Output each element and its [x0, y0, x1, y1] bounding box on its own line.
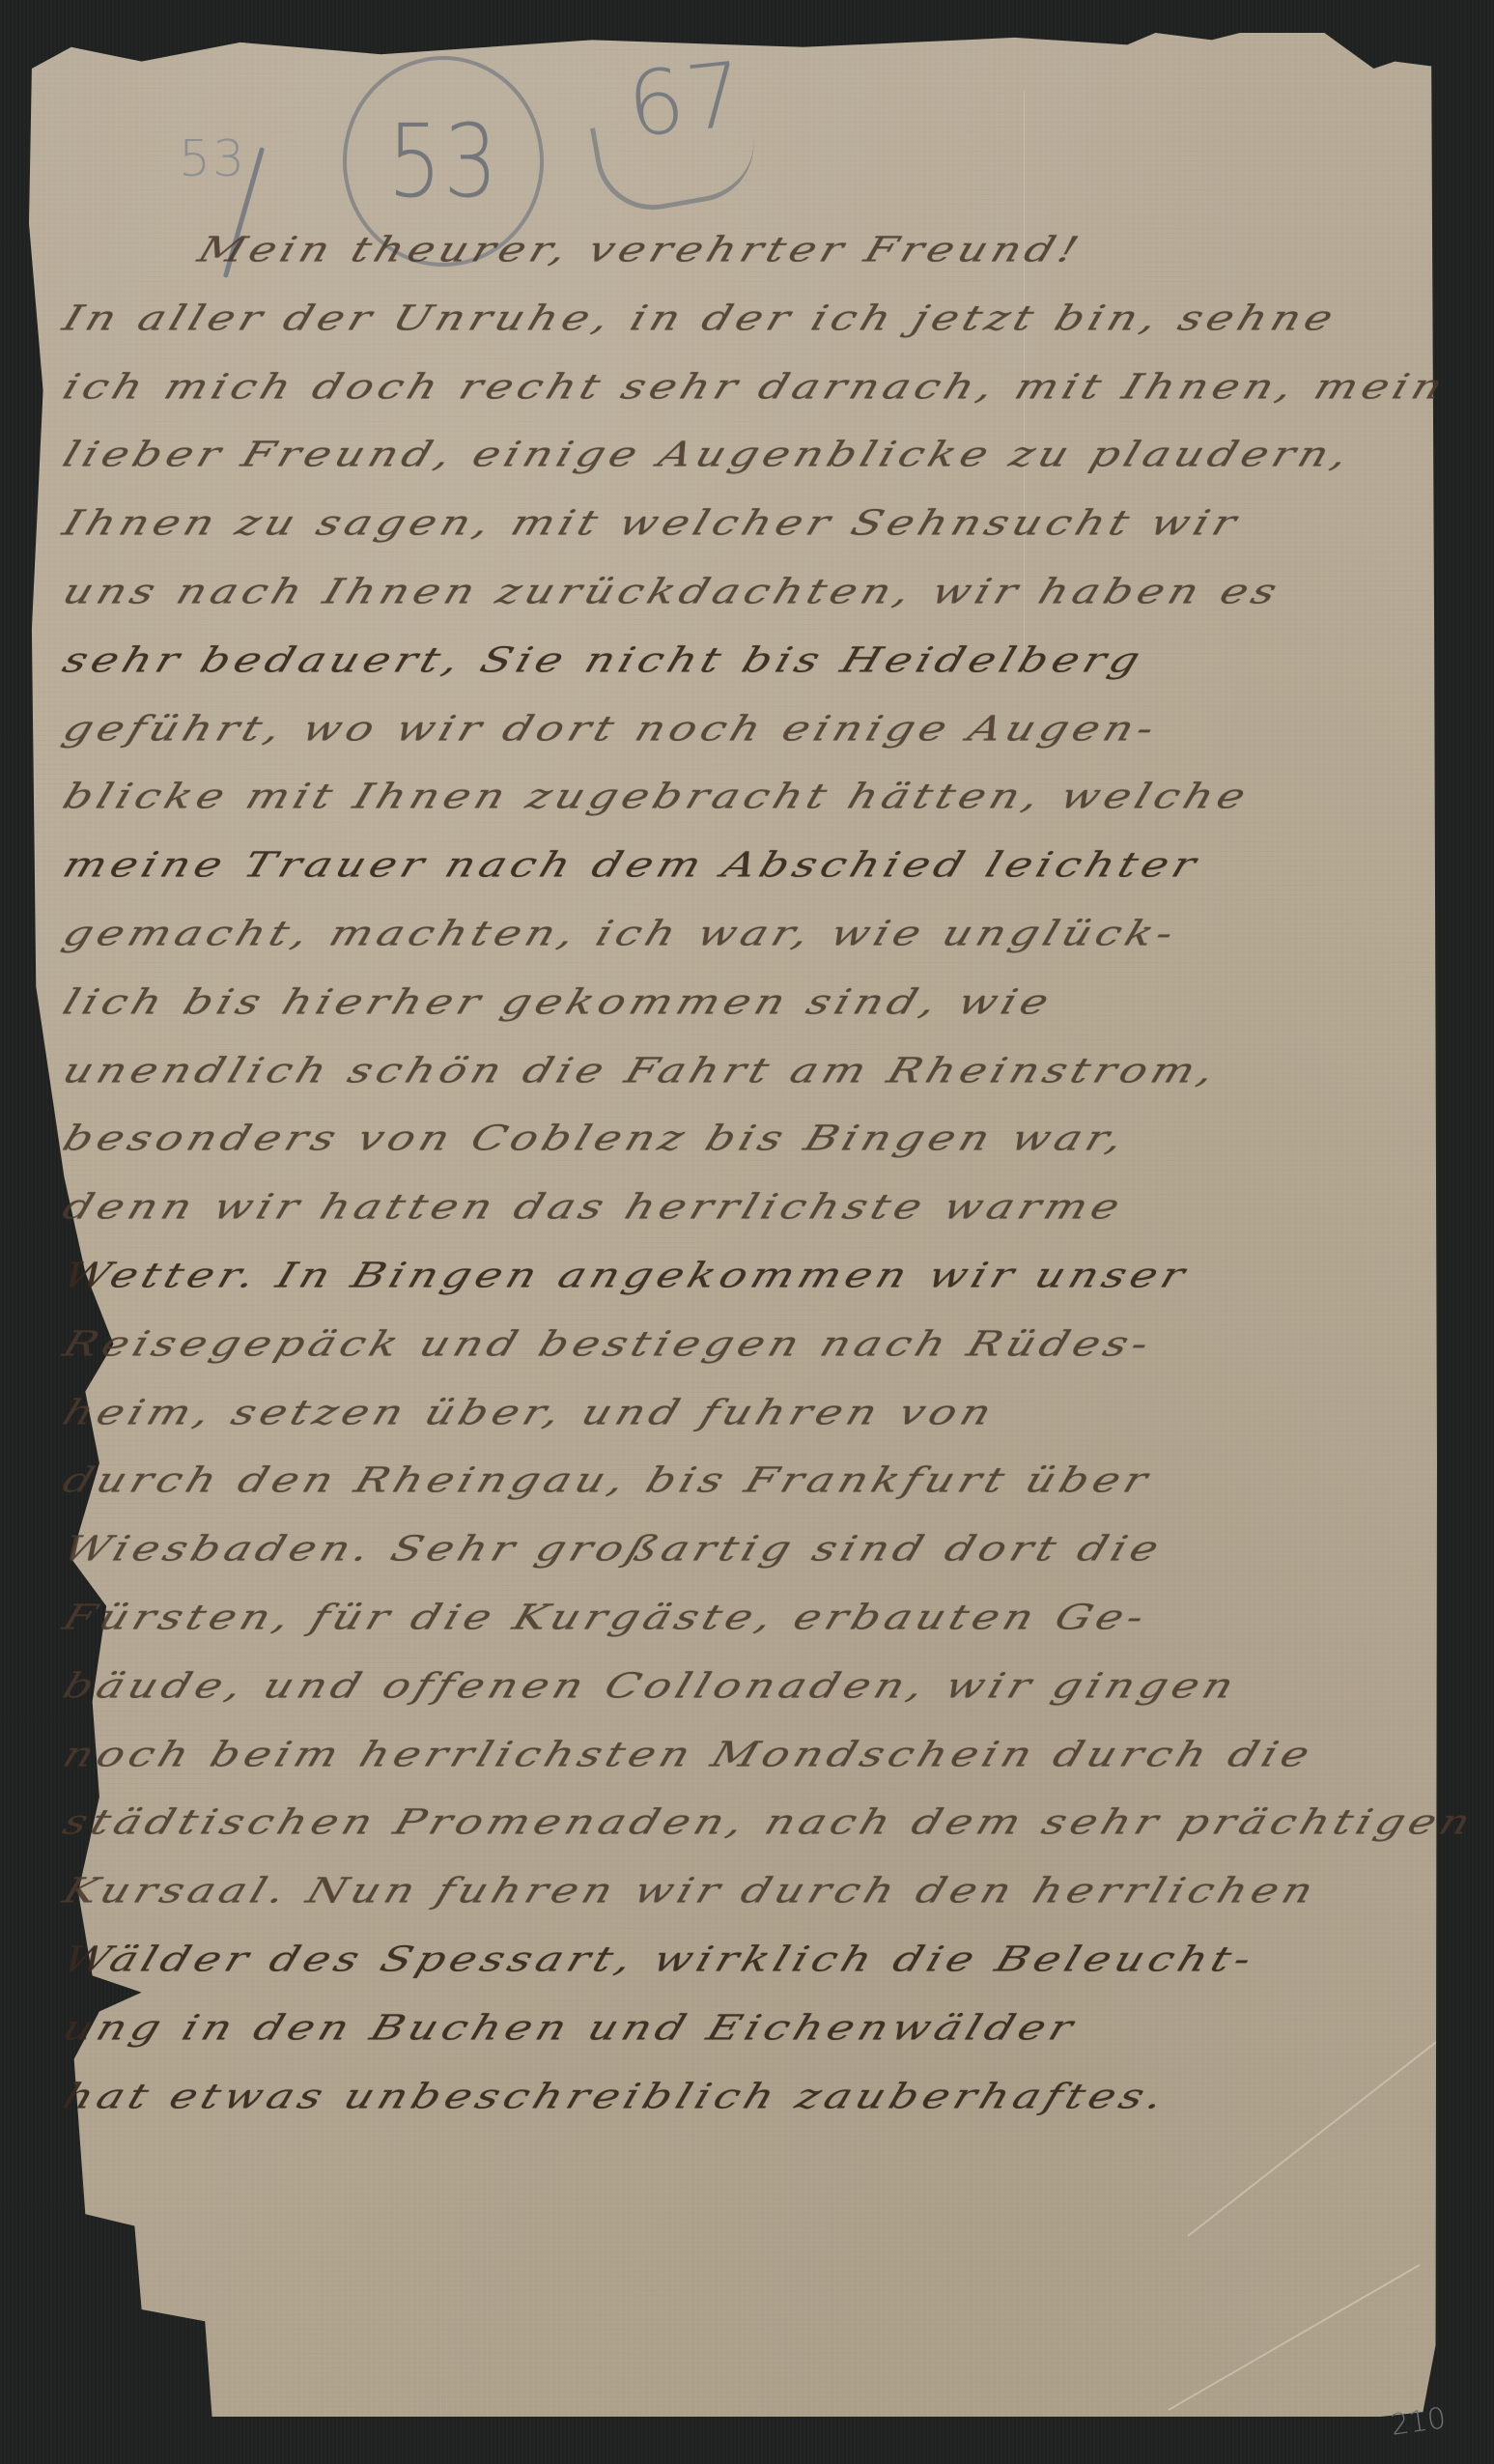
letter-line: bäude, und offenen Collonaden, wir ginge… [58, 1654, 1429, 1722]
line-text: uns nach Ihnen zurückdachten, wir haben … [58, 571, 1287, 611]
line-text: Ihnen zu sagen, mit welcher Sehnsucht wi… [58, 502, 1246, 543]
letter-line: blicke mit Ihnen zugebracht hätten, welc… [58, 764, 1429, 833]
line-text: Kursaal. Nun fuhren wir durch den herrli… [58, 1870, 1323, 1911]
line-text: bäude, und offenen Collonaden, wir ginge… [58, 1665, 1244, 1706]
salutation-text: Mein theurer, verehrter Freund! [193, 229, 1088, 269]
line-text: heim, setzen über, und fuhren von [58, 1391, 1001, 1431]
archive-number-small: 53 [179, 130, 246, 188]
letter-body: Mein theurer, verehrter Freund! In aller… [58, 217, 1429, 2132]
letter-line: heim, setzen über, und fuhren von [58, 1380, 1429, 1449]
line-text: städtischen Promenaden, nach dem sehr pr… [58, 1801, 1480, 1842]
line-text: denn wir hatten das herrlichste warme [58, 1186, 1130, 1227]
line-text: noch beim herrlichsten Mondschein durch … [58, 1733, 1319, 1773]
salutation: Mein theurer, verehrter Freund! [193, 217, 1429, 286]
line-text: ung in den Buchen und Eichenwälder [58, 2007, 1083, 2048]
letter-line: ung in den Buchen und Eichenwälder [58, 1996, 1429, 2064]
line-text: ich mich doch recht sehr darnach, mit Ih… [58, 365, 1452, 406]
letter-line: lich bis hierher gekommen sind, wie [58, 970, 1429, 1038]
letter-line: Reisegepäck und bestiegen nach Rüdes- [58, 1312, 1429, 1380]
line-text: durch den Rheingau, bis Frankfurt über [58, 1459, 1157, 1500]
letter-line: durch den Rheingau, bis Frankfurt über [58, 1448, 1429, 1516]
letter-line: Wälder des Spessart, wirklich die Beleuc… [58, 1927, 1429, 1996]
letter-line: städtischen Promenaden, nach dem sehr pr… [58, 1790, 1429, 1858]
letter-line: sehr bedauert, Sie nicht bis Heidelberg [58, 628, 1429, 696]
letter-line: ich mich doch recht sehr darnach, mit Ih… [58, 354, 1429, 423]
letter-line: In aller der Unruhe, in der ich jetzt bi… [58, 286, 1429, 354]
line-text: Wälder des Spessart, wirklich die Beleuc… [58, 1939, 1261, 1979]
line-text: unendlich schön die Fahrt am Rheinstrom, [58, 1049, 1225, 1090]
letter-line: lieber Freund, einige Augenblicke zu pla… [58, 422, 1429, 491]
letter-line: Ihnen zu sagen, mit welcher Sehnsucht wi… [58, 491, 1429, 559]
letter-line: Wiesbaden. Sehr großartig sind dort die [58, 1516, 1429, 1585]
archive-number-67: 67 [623, 42, 750, 157]
letter-line: meine Trauer nach dem Abschied leichter [58, 833, 1429, 901]
paper-crease [1169, 2264, 1421, 2411]
line-text: besonders von Coblenz bis Bingen war, [58, 1118, 1134, 1158]
line-text: lich bis hierher gekommen sind, wie [58, 981, 1058, 1022]
line-text: In aller der Unruhe, in der ich jetzt bi… [58, 297, 1343, 338]
letter-line: Kursaal. Nun fuhren wir durch den herrli… [58, 1858, 1429, 1927]
line-text: meine Trauer nach dem Abschied leichter [58, 844, 1206, 885]
line-text: Fürsten, für die Kurgäste, erbauten Ge- [58, 1597, 1154, 1637]
circled-number-text: 53 [387, 102, 499, 220]
letter-line: uns nach Ihnen zurückdachten, wir haben … [58, 559, 1429, 628]
letter-line: Wetter. In Bingen angekommen wir unser [58, 1243, 1429, 1312]
letter-line: denn wir hatten das herrlichste warme [58, 1175, 1429, 1243]
line-text: gemacht, machten, ich war, wie unglück- [58, 913, 1184, 953]
line-text: sehr bedauert, Sie nicht bis Heidelberg [58, 639, 1150, 680]
letter-line: gemacht, machten, ich war, wie unglück- [58, 901, 1429, 970]
letter-line: Fürsten, für die Kurgäste, erbauten Ge- [58, 1585, 1429, 1654]
line-text: lieber Freund, einige Augenblicke zu pla… [58, 434, 1358, 474]
letter-line: unendlich schön die Fahrt am Rheinstrom, [58, 1038, 1429, 1107]
line-text: Reisegepäck und bestiegen nach Rüdes- [58, 1323, 1159, 1364]
letter-line: besonders von Coblenz bis Bingen war, [58, 1106, 1429, 1175]
letter-line: geführt, wo wir dort noch einige Augen- [58, 696, 1429, 765]
line-text: Wiesbaden. Sehr großartig sind dort die [58, 1528, 1169, 1569]
line-text: Wetter. In Bingen angekommen wir unser [58, 1255, 1195, 1295]
line-text: geführt, wo wir dort noch einige Augen- [58, 707, 1165, 748]
line-text: hat etwas unbeschreiblich zauberhaftes. [58, 2075, 1173, 2115]
letter-line: hat etwas unbeschreiblich zauberhaftes. [58, 2064, 1429, 2133]
letter-line: noch beim herrlichsten Mondschein durch … [58, 1722, 1429, 1791]
line-text: blicke mit Ihnen zugebracht hätten, welc… [58, 776, 1255, 816]
